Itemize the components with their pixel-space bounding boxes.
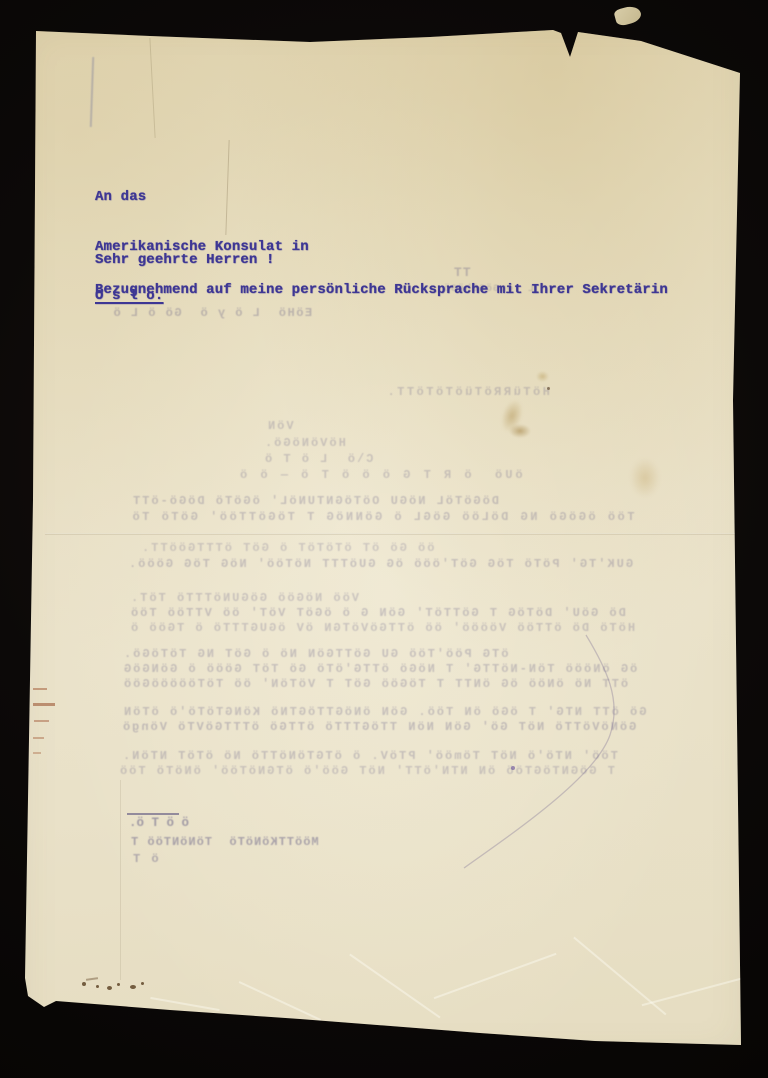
photo-background: An das Amerikanische Konsulat in O s l o… [0,0,768,1078]
letter-page: An das Amerikanische Konsulat in O s l o… [0,0,768,1078]
paper-fragment [613,4,643,27]
pencil-arc [0,0,768,1078]
